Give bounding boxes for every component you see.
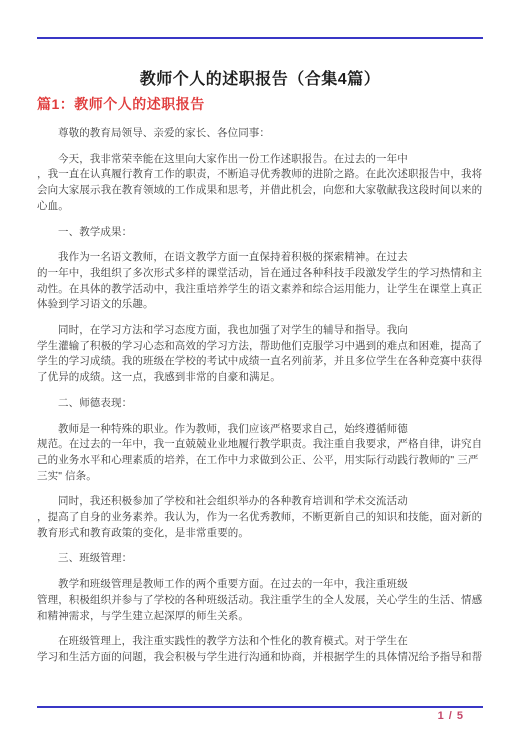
paragraph: 教学和班级管理是教师工作的两个重要方面。在过去的一年中，我注重班级 管理，积极组…	[37, 577, 483, 624]
document-title: 教师个人的述职报告（合集4篇）	[37, 66, 483, 89]
document-content: 尊敬的教育局领导、亲爱的家长、各位同事：今天，我非常荣幸能在这里向大家作出一份工…	[37, 116, 483, 666]
footer-divider-line	[37, 706, 483, 708]
section-heading: 二、师德表现：	[37, 396, 483, 412]
paragraph: 教师是一种特殊的职业。作为教师，我们应该严格要求自己，始终遵循师德 规范。在过去…	[37, 422, 483, 485]
paragraph: 今天，我非常荣幸能在这里向大家作出一份工作述职报告。在过去的一年中 ，我一直在认…	[37, 152, 483, 215]
paragraph: 同时，在学习方法和学习态度方面，我也加强了对学生的辅导和指导。我向 学生灌输了积…	[37, 323, 483, 386]
page-number-indicator: 1 / 5	[438, 710, 464, 722]
paragraph: 在班级管理上，我注重实践性的教学方法和个性化的教育模式。对于学生在 学习和生活方…	[37, 634, 483, 665]
paragraph: 我作为一名语文教师，在语文教学方面一直保持着积极的探索精神。在过去 的一年中，我…	[37, 250, 483, 313]
paragraph: 同时，我还积极参加了学校和社会组织举办的各种教育培训和学术交流活动 ，提高了自身…	[37, 494, 483, 541]
chapter-heading: 篇1：教师个人的述职报告	[37, 94, 205, 114]
section-heading: 一、教学成果：	[37, 225, 483, 241]
header-divider-line	[37, 37, 483, 39]
section-heading: 三、班级管理：	[37, 551, 483, 567]
document-page: 教师个人的述职报告（合集4篇） 篇1：教师个人的述职报告 尊敬的教育局领导、亲爱…	[0, 0, 520, 735]
paragraph: 尊敬的教育局领导、亲爱的家长、各位同事：	[37, 126, 483, 142]
